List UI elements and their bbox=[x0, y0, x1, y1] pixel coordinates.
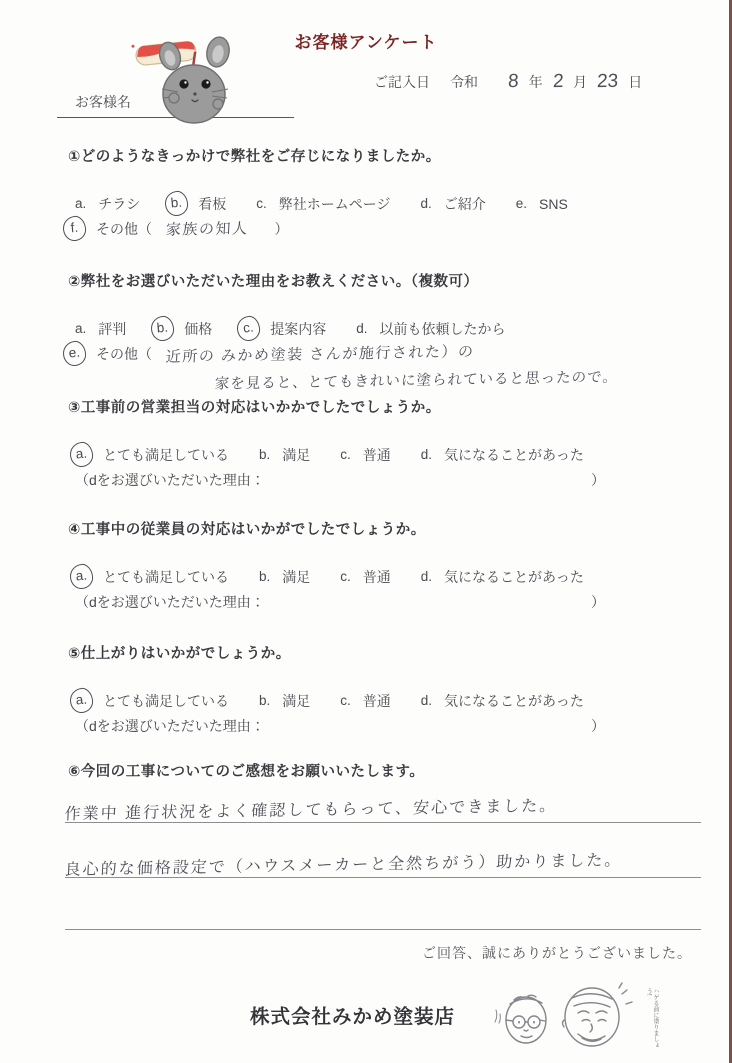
option-letter: a. bbox=[75, 321, 86, 336]
question-heading: ①どのようなきっかけで弊社をご存じになりましたか。 bbox=[68, 145, 696, 165]
handwritten-text: 近所の みかめ塗装 さんが施行された）の bbox=[165, 340, 475, 366]
option-letter: d. bbox=[421, 569, 432, 584]
option-label: とても満足している bbox=[103, 567, 229, 587]
option-letter: b. bbox=[259, 447, 270, 462]
option-letter: c. bbox=[340, 569, 351, 584]
option-label: チラシ bbox=[98, 194, 140, 214]
faces-stamp-illustration bbox=[488, 980, 648, 1052]
option-item: c.弊社ホームページ bbox=[256, 194, 390, 214]
thanks-note: ご回答、誠にありがとうございました。 bbox=[422, 943, 692, 963]
option-letter: b. bbox=[259, 693, 270, 708]
option-item: b.看板 bbox=[170, 191, 226, 216]
other-prefix: その他（ bbox=[96, 344, 152, 364]
option-label: 気になることがあった bbox=[444, 445, 584, 465]
mouse-painter-illustration bbox=[126, 34, 254, 126]
option-item: a.とても満足している bbox=[75, 564, 229, 589]
handwritten-text: 作業中 進行状況をよく確認してもらって、安心できました。 bbox=[64, 793, 558, 825]
options-row: a.評判b.価格c.提案内容d.以前も依頼したから bbox=[75, 316, 696, 341]
reason-open-label: （dをお選びいただいた理由： bbox=[75, 592, 265, 612]
option-item: b.満足 bbox=[259, 691, 310, 711]
question-block: ④工事中の従業員の対応はいかがでしたでしょうか。a.とても満足しているb.満足c… bbox=[68, 518, 696, 614]
other-suffix: ） bbox=[275, 219, 289, 239]
option-letter: c. bbox=[340, 447, 351, 462]
option-item: d.気になることがあった bbox=[421, 567, 584, 587]
option-item: a.とても満足している bbox=[75, 688, 229, 713]
option-letter: c. bbox=[340, 693, 351, 708]
question-block: ③工事前の営業担当の対応はいかかでしたでしょうか。a.とても満足しているb.満足… bbox=[68, 396, 696, 492]
option-letter: f. bbox=[62, 215, 87, 242]
option-letter: d. bbox=[356, 321, 367, 336]
option-item: d.気になることがあった bbox=[421, 691, 584, 711]
option-item: c.普通 bbox=[340, 445, 391, 465]
option-label: 弊社ホームページ bbox=[279, 194, 391, 214]
page-title: お客様アンケート bbox=[0, 28, 732, 53]
option-item: b.満足 bbox=[259, 445, 310, 465]
other-option-row: f.その他（家族の知人） bbox=[68, 216, 696, 241]
customer-name-label: お客様名 bbox=[75, 92, 131, 112]
option-label: 気になることがあった bbox=[444, 567, 584, 587]
option-item: b.価格 bbox=[156, 316, 212, 341]
option-item: d.気になることがあった bbox=[421, 445, 584, 465]
handwritten-day: 23 bbox=[597, 72, 619, 91]
options-row: a.とても満足しているb.満足c.普通d.気になることがあった bbox=[75, 564, 696, 589]
day-unit: 日 bbox=[628, 72, 642, 92]
option-item: c.普通 bbox=[340, 567, 391, 587]
handwritten-year: 8 bbox=[507, 72, 519, 91]
option-item: a.チラシ bbox=[75, 194, 140, 214]
option-item: d.ご紹介 bbox=[421, 194, 486, 214]
other-option-row: e.その他（近所の みかめ塗装 さんが施行された）の bbox=[68, 341, 696, 366]
option-letter: e. bbox=[62, 340, 87, 367]
option-label: 普通 bbox=[363, 445, 391, 465]
option-label: 価格 bbox=[184, 319, 212, 339]
handwritten-text: 良心的な価格設定で（ハウスメーカーと全然ちがう）助かりました。 bbox=[64, 847, 623, 880]
question-heading: ②弊社をお選びいただいた理由をお教えください。（複数可） bbox=[68, 270, 696, 290]
option-label: 普通 bbox=[363, 567, 391, 587]
date-label: ご記入日 bbox=[374, 72, 430, 92]
question-block: ①どのようなきっかけで弊社をご存じになりましたか。a.チラシb.看板c.弊社ホー… bbox=[68, 145, 696, 241]
reason-row: （dをお選びいただいた理由：） bbox=[75, 467, 605, 492]
question-heading: ③工事前の営業担当の対応はいかかでしたでしょうか。 bbox=[68, 396, 696, 416]
question-block: ⑤仕上がりはいかがでしょうか。a.とても満足しているb.満足c.普通d.気になる… bbox=[68, 642, 696, 738]
reason-close-paren: ） bbox=[591, 470, 605, 490]
option-letter: b. bbox=[259, 569, 270, 584]
option-letter: a. bbox=[69, 563, 94, 590]
option-label: 提案内容 bbox=[270, 319, 326, 339]
option-label: とても満足している bbox=[103, 445, 229, 465]
entry-date-row: ご記入日 令和 8 年 2 月 23 日 bbox=[374, 72, 652, 92]
reason-row: （dをお選びいただいた理由：） bbox=[75, 589, 605, 614]
question-heading: ⑤仕上がりはいかがでしょうか。 bbox=[68, 642, 696, 662]
handwritten-text: 家族の知人 bbox=[165, 217, 249, 239]
month-unit: 月 bbox=[573, 72, 587, 92]
option-label: ご紹介 bbox=[444, 194, 486, 214]
option-letter: e. bbox=[516, 196, 527, 211]
option-letter: b. bbox=[150, 315, 175, 342]
other-prefix: その他（ bbox=[96, 219, 152, 239]
option-label: 満足 bbox=[282, 691, 310, 711]
option-label: 評判 bbox=[98, 319, 126, 339]
stamp-caption: ハゲる前に塗りましょう! bbox=[646, 988, 658, 1052]
option-item: d.以前も依頼したから bbox=[356, 319, 505, 339]
option-letter: d. bbox=[421, 447, 432, 462]
option-label: 満足 bbox=[282, 445, 310, 465]
year-unit: 年 bbox=[529, 72, 543, 92]
question-block: ⑥今回の工事についてのご感想をお願いいたします。作業中 進行状況をよく確認しても… bbox=[68, 760, 696, 930]
option-letter: d. bbox=[421, 693, 432, 708]
option-letter: a. bbox=[69, 687, 94, 714]
option-label: とても満足している bbox=[103, 691, 229, 711]
option-letter: d. bbox=[421, 196, 432, 211]
option-label: SNS bbox=[539, 196, 568, 212]
option-letter: c. bbox=[236, 315, 261, 342]
ruled-answer-line: 作業中 進行状況をよく確認してもらって、安心できました。 bbox=[65, 780, 701, 823]
question-heading: ④工事中の従業員の対応はいかがでしたでしょうか。 bbox=[68, 518, 696, 538]
question-block: ②弊社をお選びいただいた理由をお教えください。（複数可）a.評判b.価格c.提案… bbox=[68, 270, 696, 390]
options-row: a.とても満足しているb.満足c.普通d.気になることがあった bbox=[75, 688, 696, 713]
option-letter: b. bbox=[164, 190, 189, 217]
option-item: c.普通 bbox=[340, 691, 391, 711]
option-label: 以前も依頼したから bbox=[380, 319, 506, 339]
options-row: a.とても満足しているb.満足c.普通d.気になることがあった bbox=[75, 442, 696, 467]
era-label: 令和 bbox=[450, 72, 478, 92]
option-label: 看板 bbox=[198, 194, 226, 214]
company-name: 株式会社みかめ塗装店 bbox=[250, 1001, 455, 1029]
ruled-answer-line: 良心的な価格設定で（ハウスメーカーと全然ちがう）助かりました。 bbox=[65, 823, 701, 878]
option-letter: a. bbox=[69, 441, 94, 468]
option-item: a.評判 bbox=[75, 319, 126, 339]
option-letter: a. bbox=[75, 196, 86, 211]
reason-open-label: （dをお選びいただいた理由： bbox=[75, 470, 265, 490]
option-label: 普通 bbox=[363, 691, 391, 711]
option-label: 気になることがあった bbox=[444, 691, 584, 711]
handwritten-month: 2 bbox=[552, 72, 564, 91]
option-item: c.提案内容 bbox=[242, 316, 326, 341]
handwritten-text: 家を見ると、とてもきれいに塗られていると思ったので。 bbox=[214, 365, 618, 393]
reason-open-label: （dをお選びいただいた理由： bbox=[75, 716, 265, 736]
reason-close-paren: ） bbox=[591, 592, 605, 612]
reason-row: （dをお選びいただいた理由：） bbox=[75, 713, 605, 738]
question-heading: ⑥今回の工事についてのご感想をお願いいたします。 bbox=[68, 760, 696, 780]
reason-close-paren: ） bbox=[591, 716, 605, 736]
survey-page: お客様アンケート ご記入日 令和 8 年 2 月 23 日 お客様名 ①どのよう… bbox=[0, 0, 732, 1063]
options-row: a.チラシb.看板c.弊社ホームページd.ご紹介e.SNS bbox=[75, 191, 696, 216]
ruled-answer-line bbox=[65, 878, 701, 930]
option-item: a.とても満足している bbox=[75, 442, 229, 467]
option-letter: c. bbox=[256, 196, 267, 211]
option-item: b.満足 bbox=[259, 567, 310, 587]
option-item: e.SNS bbox=[516, 196, 568, 212]
option-label: 満足 bbox=[282, 567, 310, 587]
